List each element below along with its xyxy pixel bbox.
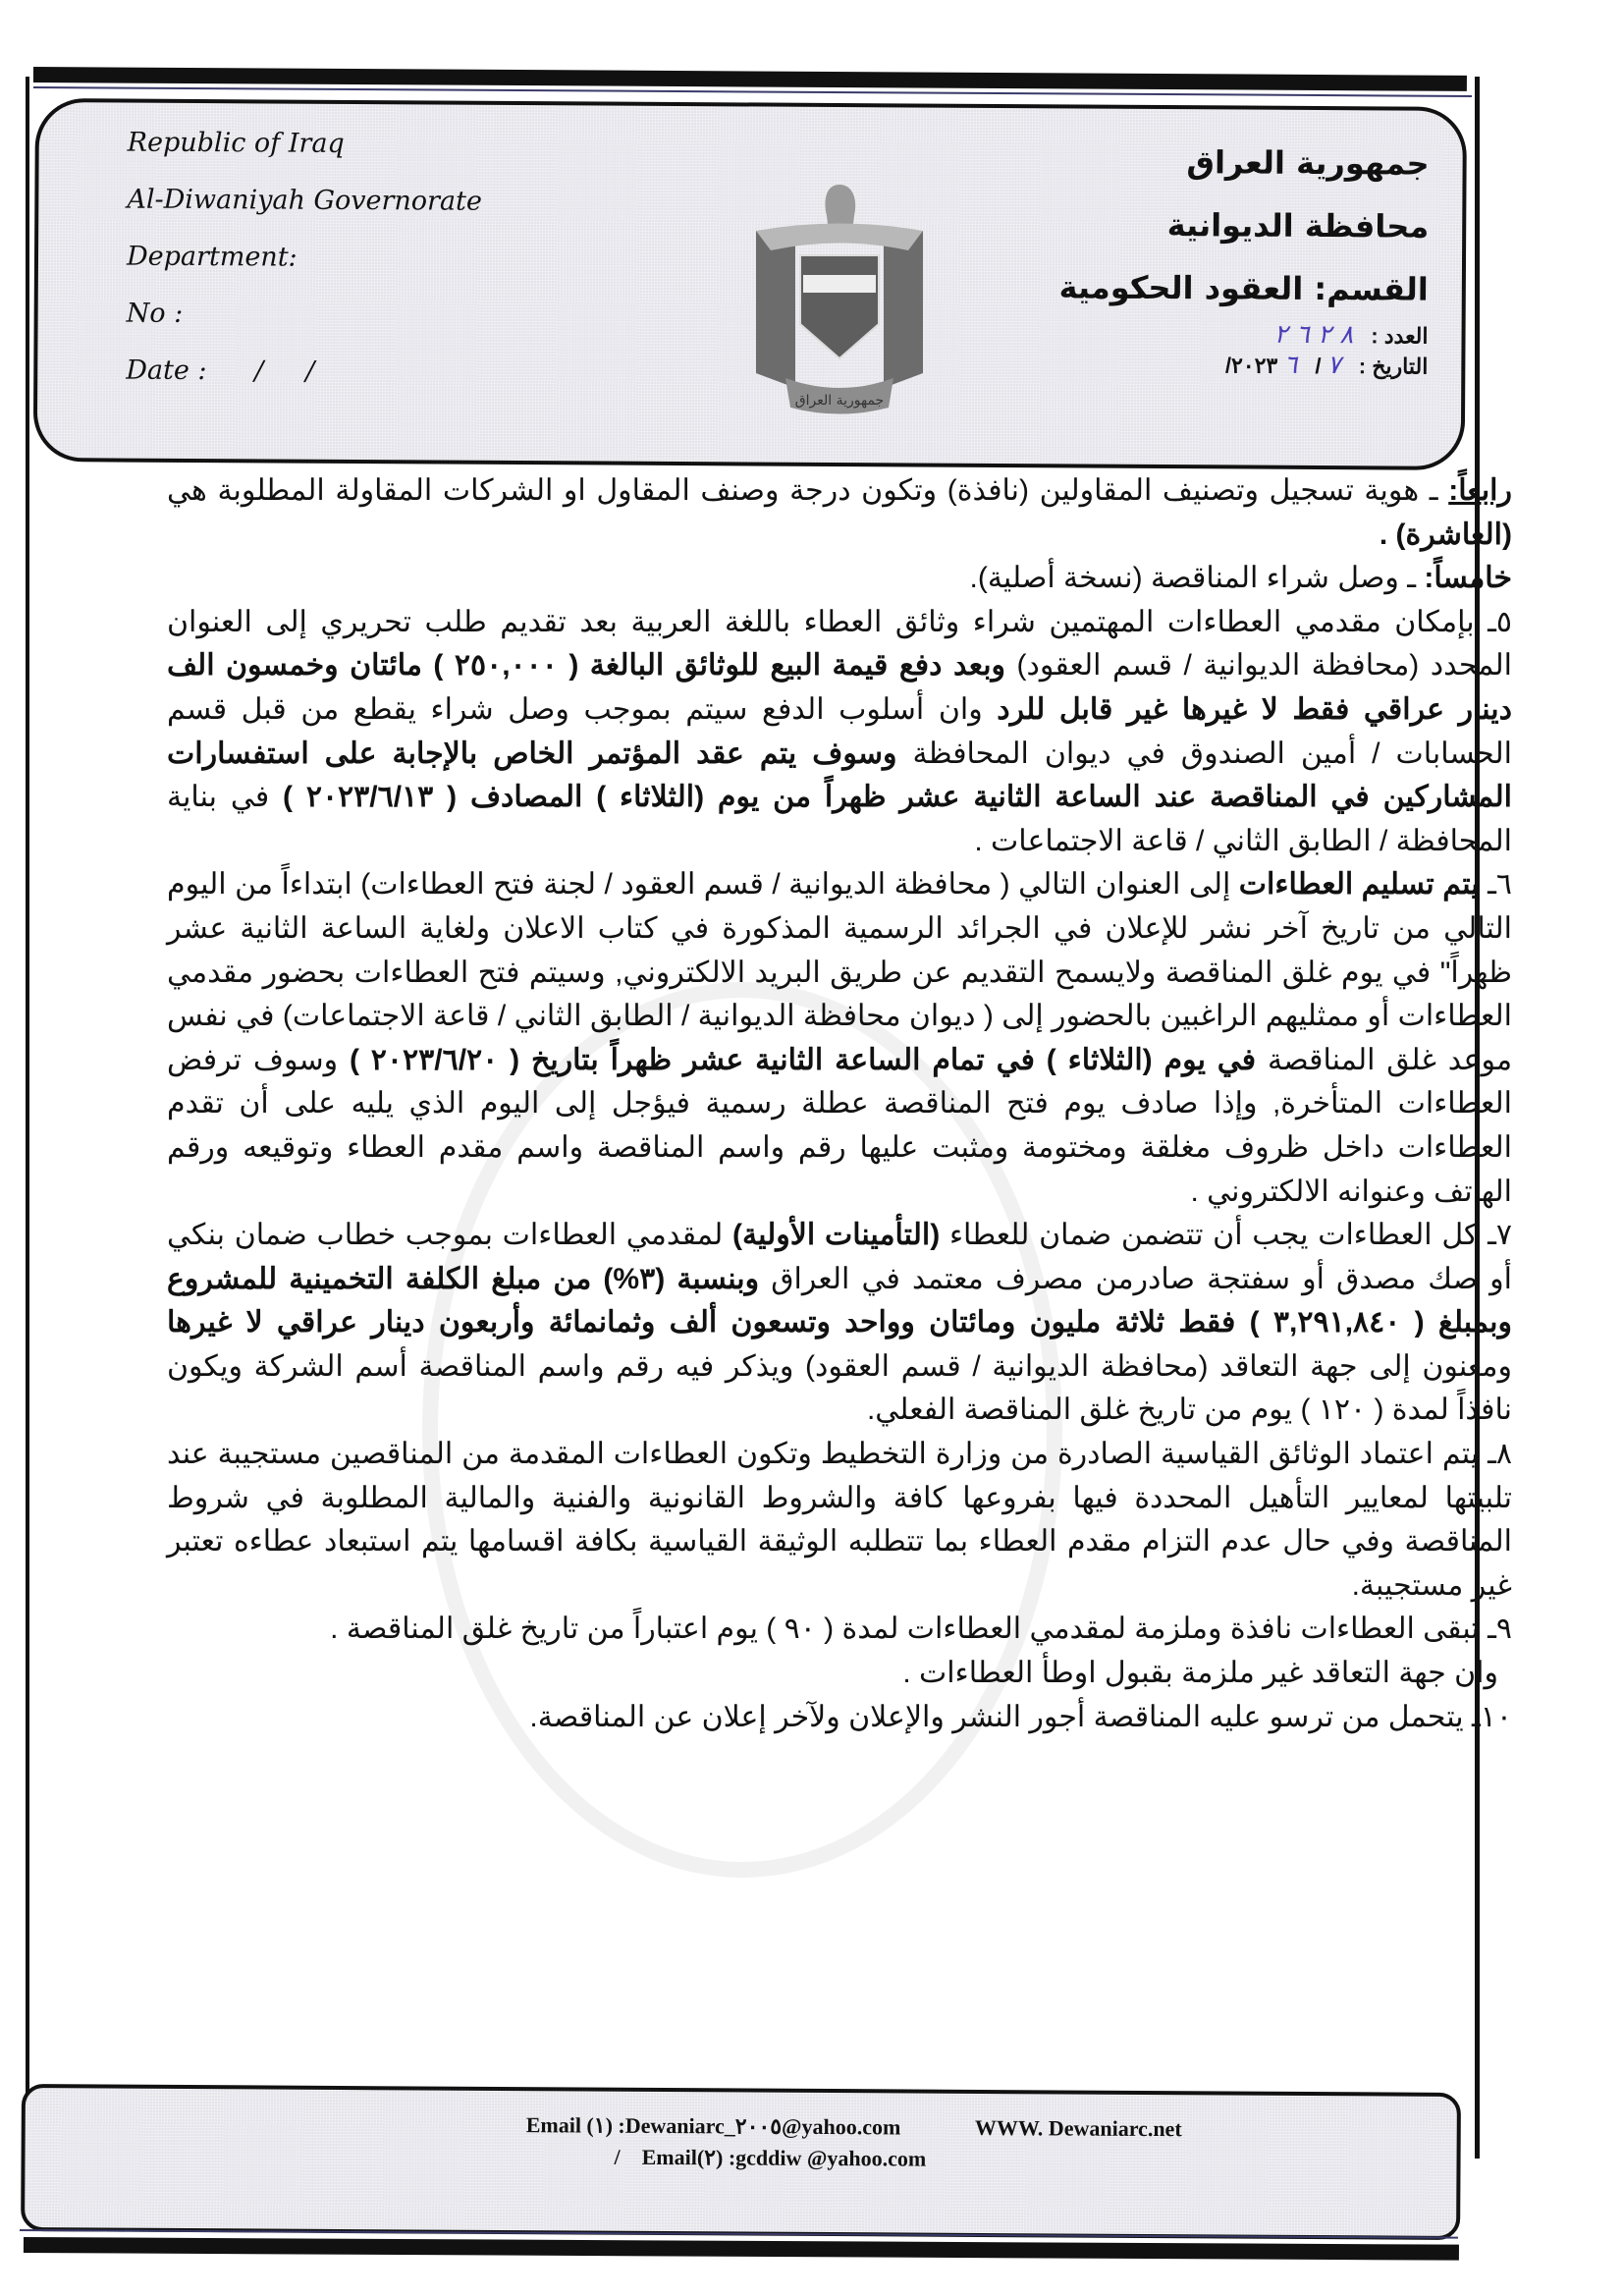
handwritten-number: ٨ ٢ ٦ ٢ [1273, 320, 1353, 350]
svg-text:جمهورية العراق: جمهورية العراق [795, 393, 884, 409]
date-year: ٢٠٢٣/ [1225, 353, 1278, 377]
iraq-eagle-emblem-icon: جمهورية العراق [717, 177, 962, 422]
date-label-en: Date : / / [126, 343, 481, 402]
frame-bottom-bar [24, 2237, 1459, 2261]
governorate-en: Al-Diwaniyah Governorate [127, 172, 482, 231]
date-field-ar: التاريخ : ٧ / ٦ ٢٠٢٣/ [1058, 349, 1428, 381]
clause-8: ٨ـ يتم اعتماد الوثائق القياسية الصادرة م… [167, 1433, 1512, 1608]
republic-en: Republic of Iraq [128, 115, 483, 174]
handwritten-month: ٦ [1283, 351, 1297, 380]
clause-10: ١٠ـ يتحمل من ترسو عليه المناقصة أجور الن… [167, 1696, 1512, 1740]
clause-7: ٧ـ كل العطاءات يجب أن تتضمن ضمان للعطاء … [167, 1214, 1512, 1433]
date-slashes: / / [254, 355, 314, 386]
footer-line-2: / Email(٢) :gcddiw @yahoo.com [614, 2145, 926, 2172]
footer-contact-box: Email (١) :Dewaniarc_٢٠٠٥@yahoo.com WWW.… [21, 2084, 1461, 2240]
letterhead-english: Republic of Iraq Al-Diwaniyah Governorat… [126, 115, 482, 402]
email-1[interactable]: Email (١) :Dewaniarc_٢٠٠٥@yahoo.com [526, 2112, 901, 2139]
footer-line-1: Email (١) :Dewaniarc_٢٠٠٥@yahoo.com WWW.… [526, 2112, 1182, 2142]
handwritten-day: ٧ [1327, 351, 1341, 380]
clause-6: ٦ـ يتم تسليم العطاءات إلى العنوان التالي… [167, 863, 1512, 1214]
department-ar: القسم: العقود الحكومية [1058, 255, 1429, 320]
number-field-ar: العدد : ٨ ٢ ٦ ٢ [1058, 318, 1428, 351]
document-body: رابعاً: ـ هوية تسجيل وتصنيف المقاولين (ن… [167, 469, 1512, 1739]
item-5: خامساً: ـ وصل شراء المناقصة (نسخة أصلية)… [167, 557, 1512, 601]
department-label-en: Department: [127, 229, 482, 288]
item-4: رابعاً: ـ هوية تسجيل وتصنيف المقاولين (ن… [167, 469, 1512, 557]
email-2[interactable]: / Email(٢) :gcddiw @yahoo.com [614, 2145, 926, 2171]
letterhead-arabic: جمهورية العراق محافظة الديوانية القسم: ا… [1058, 130, 1430, 381]
clause-9: ٩ـ تبقى العطاءات نافذة وملزمة لمقدمي الع… [167, 1608, 1512, 1695]
republic-ar: جمهورية العراق [1059, 130, 1430, 194]
number-label-en: No : [126, 286, 481, 345]
clause-5: ٥ـ بإمكان مقدمي العطاءات المهتمين شراء و… [167, 601, 1512, 864]
website-link[interactable]: WWW. Dewaniarc.net [975, 2115, 1182, 2141]
governorate-ar: محافظة الديوانية [1059, 192, 1430, 257]
